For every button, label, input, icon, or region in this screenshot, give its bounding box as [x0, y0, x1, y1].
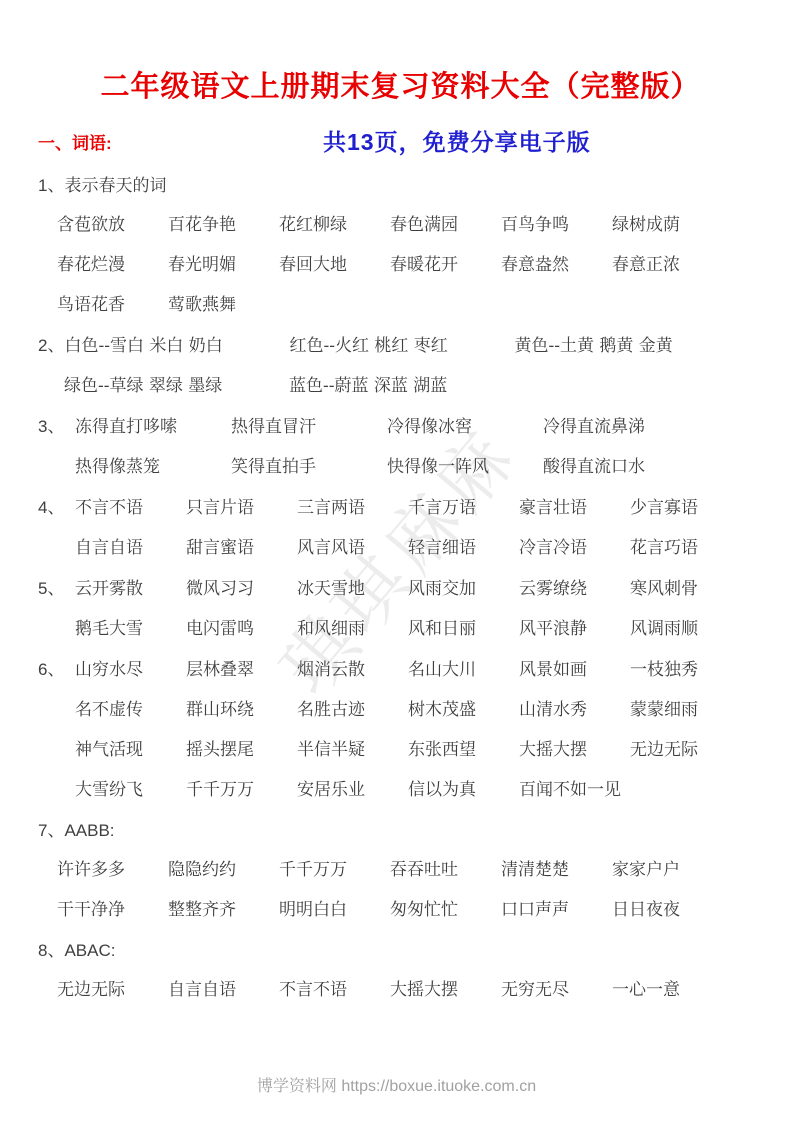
section-header-line: 一、词语: 共13页，免费分享电子版 — [38, 124, 763, 154]
word-row: 名不虚传群山环绕名胜古迹树木茂盛山清水秀蒙蒙细雨 — [38, 697, 763, 724]
word-section-7: 7、AABB:许许多多隐隐约约千千万万吞吞吐吐清清楚楚家家户户干干净净整整齐齐明… — [38, 817, 763, 924]
word-item: 冷言冷语 — [519, 535, 630, 562]
word-row: 3、冻得直打哆嗦热得直冒汗冷得像冰窖冷得直流鼻涕 — [38, 413, 763, 441]
word-item: 大摇大摆 — [519, 737, 630, 764]
color-word-group: 绿色--草绿 翠绿 墨绿 — [64, 373, 289, 400]
word-item: 冻得直打哆嗦 — [75, 414, 231, 441]
word-item: 风调雨顺 — [630, 616, 741, 643]
word-row: 绿色--草绿 翠绿 墨绿蓝色--蔚蓝 深蓝 湖蓝 — [38, 373, 763, 400]
word-item: 风和日丽 — [408, 616, 519, 643]
word-item: 千千万万 — [186, 777, 297, 804]
word-item: 不言不语 — [279, 977, 390, 1004]
word-item: 群山环绕 — [186, 697, 297, 724]
word-item: 无穷无尽 — [501, 977, 612, 1004]
word-section-3: 3、冻得直打哆嗦热得直冒汗冷得像冰窖冷得直流鼻涕热得像蒸笼笑得直拍手快得像一阵风… — [38, 413, 763, 481]
word-item: 豪言壮语 — [519, 495, 630, 522]
word-item: 春回大地 — [279, 252, 390, 279]
word-item: 东张西望 — [408, 737, 519, 764]
color-word-group: 蓝色--蔚蓝 深蓝 湖蓝 — [289, 373, 514, 400]
word-item: 层林叠翠 — [186, 657, 297, 684]
word-item: 摇头摆尾 — [186, 737, 297, 764]
word-item: 鹅毛大雪 — [75, 616, 186, 643]
word-row: 春花烂漫春光明媚春回大地春暖花开春意盎然春意正浓 — [38, 252, 763, 279]
word-item: 信以为真 — [408, 777, 519, 804]
word-item: 热得直冒汗 — [231, 414, 387, 441]
word-item: 快得像一阵风 — [387, 454, 543, 481]
word-item: 名不虚传 — [75, 697, 186, 724]
word-row: 鹅毛大雪电闪雷鸣和风细雨风和日丽风平浪静风调雨顺 — [38, 616, 763, 643]
word-item: 蒙蒙细雨 — [630, 697, 741, 724]
word-item: 吞吞吐吐 — [390, 857, 501, 884]
word-item: 许许多多 — [57, 857, 168, 884]
color-word-group: 红色--火红 桃红 枣红 — [289, 333, 514, 360]
section-number-label: 5、 — [38, 575, 75, 602]
word-item: 花红柳绿 — [279, 212, 390, 239]
word-item: 名胜古迹 — [297, 697, 408, 724]
word-item: 树木茂盛 — [408, 697, 519, 724]
word-item: 轻言细语 — [408, 535, 519, 562]
word-item: 神气活现 — [75, 737, 186, 764]
section-number-label: 3、 — [38, 413, 75, 440]
word-item: 匆匆忙忙 — [390, 897, 501, 924]
word-item: 无边无际 — [630, 737, 741, 764]
section-number-label: 6、 — [38, 656, 75, 683]
word-item: 明明白白 — [279, 897, 390, 924]
word-item: 一心一意 — [612, 977, 723, 1004]
word-item: 隐隐约约 — [168, 857, 279, 884]
word-item: 春花烂漫 — [57, 252, 168, 279]
word-item: 百鸟争鸣 — [501, 212, 612, 239]
word-item: 自言自语 — [168, 977, 279, 1004]
word-row: 神气活现摇头摆尾半信半疑东张西望大摇大摆无边无际 — [38, 737, 763, 764]
section-number-label: 2、 — [38, 332, 64, 359]
word-item: 春意正浓 — [612, 252, 723, 279]
document-page: 琪琪麻麻 二年级语文上册期末复习资料大全（完整版） 一、词语: 共13页，免费分… — [0, 0, 793, 1122]
word-item: 春意盎然 — [501, 252, 612, 279]
word-item: 山穷水尽 — [75, 657, 186, 684]
word-item: 云开雾散 — [75, 576, 186, 603]
color-word-group: 黄色--土黄 鹅黄 金黄 — [514, 333, 739, 360]
word-row: 干干净净整整齐齐明明白白匆匆忙忙口口声声日日夜夜 — [38, 897, 763, 924]
word-item: 安居乐业 — [297, 777, 408, 804]
word-item: 少言寡语 — [630, 495, 741, 522]
section-heading: 8、ABAC: — [38, 937, 763, 964]
word-item: 无边无际 — [57, 977, 168, 1004]
word-item: 日日夜夜 — [612, 897, 723, 924]
word-item: 百闻不如一见 — [519, 777, 630, 804]
word-item: 春色满园 — [390, 212, 501, 239]
word-item: 莺歌燕舞 — [168, 292, 279, 319]
word-item: 风雨交加 — [408, 576, 519, 603]
word-item: 花言巧语 — [630, 535, 741, 562]
word-item: 鸟语花香 — [57, 292, 168, 319]
word-item: 风景如画 — [519, 657, 630, 684]
word-item: 春光明媚 — [168, 252, 279, 279]
pages-count-note: 共13页，免费分享电子版 — [323, 124, 591, 157]
word-row: 大雪纷飞千千万万安居乐业信以为真百闻不如一见 — [38, 777, 763, 804]
word-section-5: 5、云开雾散微风习习冰天雪地风雨交加云雾缭绕寒风刺骨鹅毛大雪电闪雷鸣和风细雨风和… — [38, 575, 763, 643]
word-item: 甜言蜜语 — [186, 535, 297, 562]
word-item: 酸得直流口水 — [543, 454, 699, 481]
word-list-sections: 1、表示春天的词含苞欲放百花争艳花红柳绿春色满园百鸟争鸣绿树成荫春花烂漫春光明媚… — [38, 172, 763, 1004]
word-item: 干干净净 — [57, 897, 168, 924]
word-item: 微风习习 — [186, 576, 297, 603]
word-item: 笑得直拍手 — [231, 454, 387, 481]
word-item: 冷得像冰窖 — [387, 414, 543, 441]
word-item: 大摇大摆 — [390, 977, 501, 1004]
word-item: 一枝独秀 — [630, 657, 741, 684]
word-item: 寒风刺骨 — [630, 576, 741, 603]
word-item: 千言万语 — [408, 495, 519, 522]
word-item: 风平浪静 — [519, 616, 630, 643]
word-row: 含苞欲放百花争艳花红柳绿春色满园百鸟争鸣绿树成荫 — [38, 212, 763, 239]
word-item: 自言自语 — [75, 535, 186, 562]
word-item: 冷得直流鼻涕 — [543, 414, 699, 441]
word-item: 清清楚楚 — [501, 857, 612, 884]
word-item: 烟消云散 — [297, 657, 408, 684]
word-item: 家家户户 — [612, 857, 723, 884]
word-item: 风言风语 — [297, 535, 408, 562]
word-item: 千千万万 — [279, 857, 390, 884]
word-item: 口口声声 — [501, 897, 612, 924]
word-section-2: 2、白色--雪白 米白 奶白红色--火红 桃红 枣红黄色--土黄 鹅黄 金黄绿色… — [38, 332, 763, 400]
word-item: 和风细雨 — [297, 616, 408, 643]
word-section-4: 4、不言不语只言片语三言两语千言万语豪言壮语少言寡语自言自语甜言蜜语风言风语轻言… — [38, 494, 763, 562]
word-row: 2、白色--雪白 米白 奶白红色--火红 桃红 枣红黄色--土黄 鹅黄 金黄 — [38, 332, 763, 360]
color-word-group: 白色--雪白 米白 奶白 — [64, 333, 289, 360]
word-item: 含苞欲放 — [57, 212, 168, 239]
word-item: 半信半疑 — [297, 737, 408, 764]
word-section-1: 1、表示春天的词含苞欲放百花争艳花红柳绿春色满园百鸟争鸣绿树成荫春花烂漫春光明媚… — [38, 172, 763, 319]
word-item: 云雾缭绕 — [519, 576, 630, 603]
word-item: 电闪雷鸣 — [186, 616, 297, 643]
document-content: 二年级语文上册期末复习资料大全（完整版） 一、词语: 共13页，免费分享电子版 … — [0, 0, 793, 1004]
word-item: 百花争艳 — [168, 212, 279, 239]
word-row: 4、不言不语只言片语三言两语千言万语豪言壮语少言寡语 — [38, 494, 763, 522]
section-number-label: 4、 — [38, 494, 75, 521]
word-row: 6、山穷水尽层林叠翠烟消云散名山大川风景如画一枝独秀 — [38, 656, 763, 684]
word-row: 热得像蒸笼笑得直拍手快得像一阵风酸得直流口水 — [38, 454, 763, 481]
word-item: 整整齐齐 — [168, 897, 279, 924]
section-one-heading: 一、词语: — [38, 129, 112, 154]
word-section-8: 8、ABAC:无边无际自言自语不言不语大摇大摆无穷无尽一心一意 — [38, 937, 763, 1004]
word-section-6: 6、山穷水尽层林叠翠烟消云散名山大川风景如画一枝独秀名不虚传群山环绕名胜古迹树木… — [38, 656, 763, 804]
word-item: 春暖花开 — [390, 252, 501, 279]
word-item: 热得像蒸笼 — [75, 454, 231, 481]
section-heading: 7、AABB: — [38, 817, 763, 844]
word-item: 不言不语 — [75, 495, 186, 522]
word-item: 名山大川 — [408, 657, 519, 684]
footer-site-credit: 博学资料网 https://boxue.ituoke.com.cn — [0, 1073, 793, 1096]
section-heading: 1、表示春天的词 — [38, 172, 763, 199]
word-item: 绿树成荫 — [612, 212, 723, 239]
page-title: 二年级语文上册期末复习资料大全（完整版） — [38, 70, 763, 104]
word-row: 5、云开雾散微风习习冰天雪地风雨交加云雾缭绕寒风刺骨 — [38, 575, 763, 603]
word-row: 鸟语花香莺歌燕舞 — [38, 292, 763, 319]
word-row: 自言自语甜言蜜语风言风语轻言细语冷言冷语花言巧语 — [38, 535, 763, 562]
word-item: 三言两语 — [297, 495, 408, 522]
word-row: 无边无际自言自语不言不语大摇大摆无穷无尽一心一意 — [38, 977, 763, 1004]
word-item: 大雪纷飞 — [75, 777, 186, 804]
word-row: 许许多多隐隐约约千千万万吞吞吐吐清清楚楚家家户户 — [38, 857, 763, 884]
word-item: 只言片语 — [186, 495, 297, 522]
word-item: 山清水秀 — [519, 697, 630, 724]
word-item: 冰天雪地 — [297, 576, 408, 603]
